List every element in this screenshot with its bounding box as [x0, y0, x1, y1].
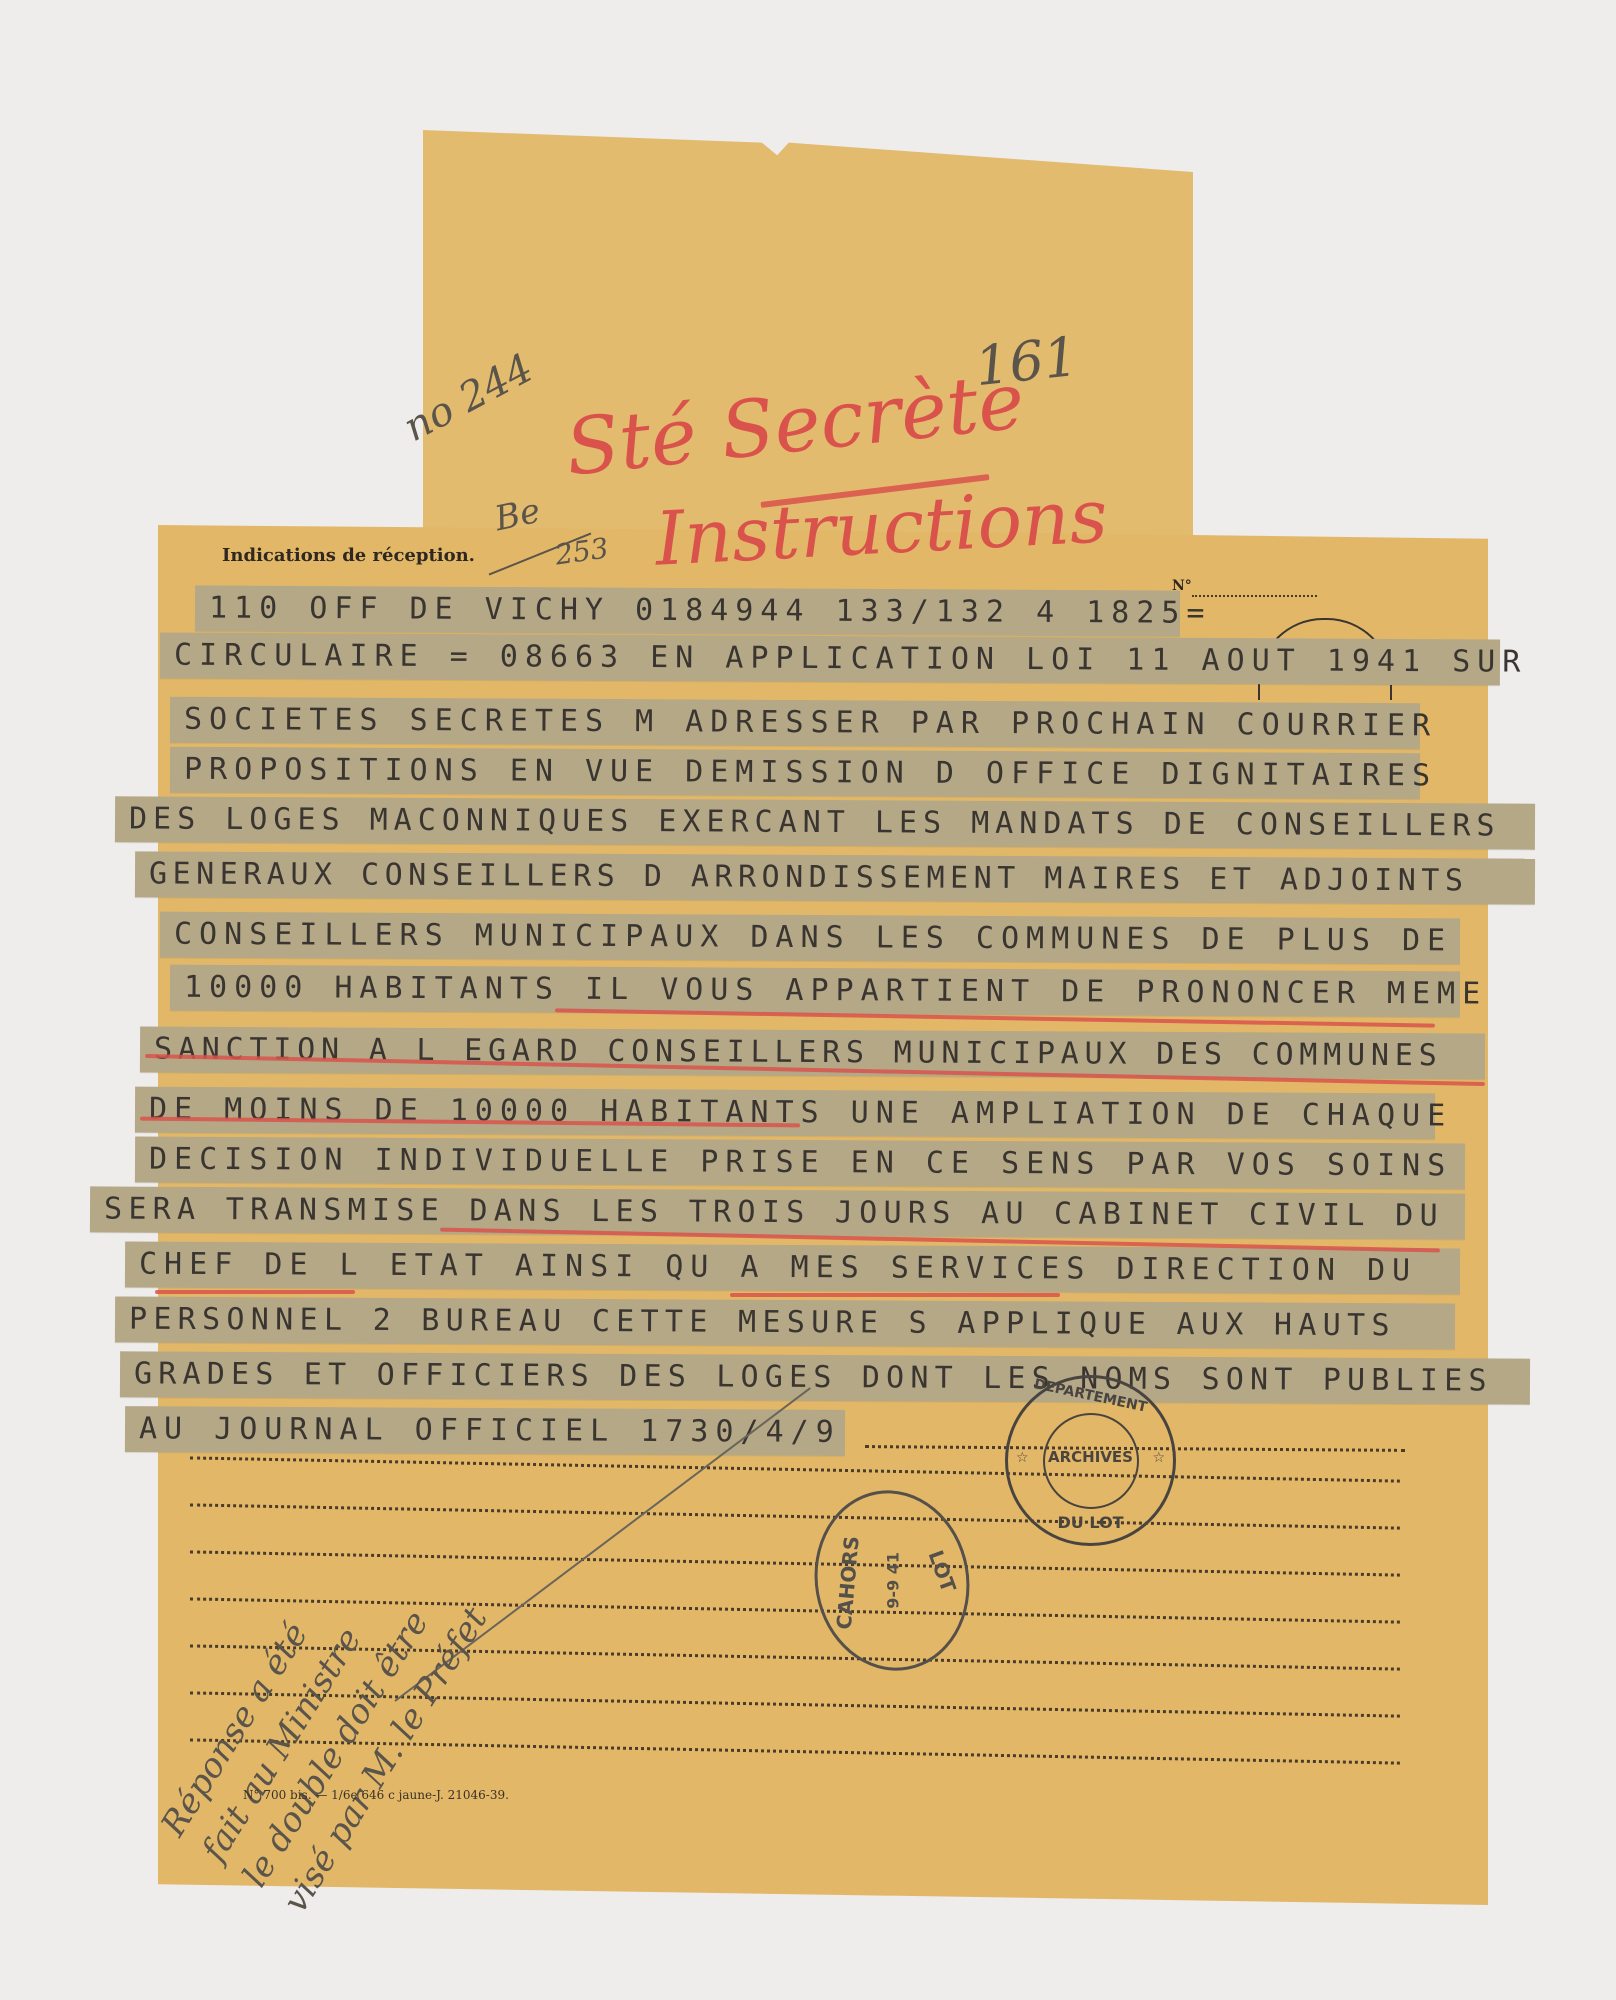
telegram-line: DES LOGES MACONNIQUES EXERCANT LES MANDA…: [115, 796, 1535, 849]
telegram-line: GRADES ET OFFICIERS DES LOGES DONT LES N…: [120, 1351, 1530, 1404]
indications-label: Indications de réception.: [222, 545, 475, 566]
telegram-line: CHEF DE L ETAT AINSI QU A MES SERVICES D…: [125, 1242, 1460, 1295]
telegram-line: PERSONNEL 2 BUREAU CETTE MESURE S APPLIQ…: [115, 1296, 1455, 1349]
archives-stamp-bottom: DU LOT: [1008, 1513, 1173, 1532]
postmark-date: 9-9 41: [883, 1535, 902, 1625]
telegram-line: CONSEILLERS MUNICIPAUX DANS LES COMMUNES…: [160, 912, 1460, 965]
telegram-line: SOCIETES SECRETES M ADRESSER PAR PROCHAI…: [170, 697, 1420, 750]
telegram-line: GENERAUX CONSEILLERS D ARRONDISSEMENT MA…: [135, 851, 1535, 904]
form-print-reference: N° 700 bis. — 1/6e 646 c jaune-J. 21046-…: [243, 1788, 509, 1802]
star-icon: ☆: [1152, 1450, 1165, 1466]
telegram-line: CIRCULAIRE = 08663 EN APPLICATION LOI 11…: [160, 632, 1500, 685]
star-icon: ☆: [1016, 1450, 1029, 1466]
telegram-line: 110 OFF DE VICHY 0184944 133/132 4 1825=: [195, 585, 1180, 636]
telegram-line: AU JOURNAL OFFICIEL 1730/4/9: [125, 1406, 845, 1456]
telegram-line: DE MOINS DE 10000 HABITANTS UNE AMPLIATI…: [135, 1087, 1435, 1140]
postmark-region: LOT: [921, 1539, 964, 1604]
archives-stamp: DEPARTEMENT ARCHIVES DU LOT ☆ ☆: [1005, 1375, 1176, 1546]
archives-stamp-center: ARCHIVES: [1008, 1448, 1173, 1466]
telegram-line: SERA TRANSMISE DANS LES TROIS JOURS AU C…: [90, 1186, 1465, 1239]
postmark-city: CAHORS: [831, 1532, 864, 1634]
telegram-line: DECISION INDIVIDUELLE PRISE EN CE SENS P…: [135, 1137, 1465, 1190]
red-underline: [730, 1293, 1060, 1297]
telegram-line: 10000 HABITANTS IL VOUS APPARTIENT DE PR…: [170, 965, 1460, 1018]
red-underline: [155, 1290, 355, 1294]
telegram-line: PROPOSITIONS EN VUE DEMISSION D OFFICE D…: [170, 747, 1420, 800]
